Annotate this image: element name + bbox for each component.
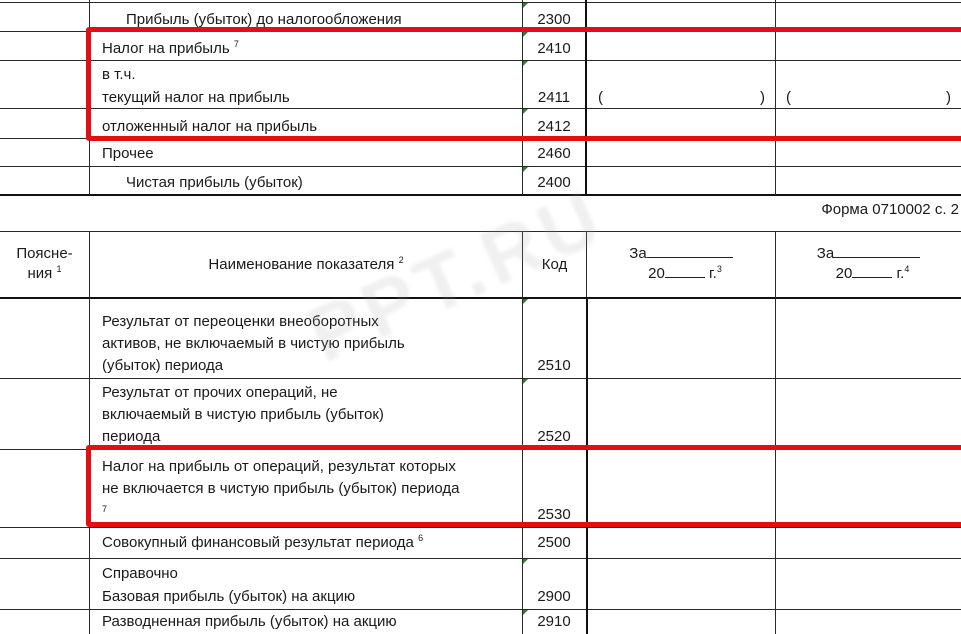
row-code: 2500 — [523, 532, 585, 554]
row-divider — [0, 609, 961, 610]
cell-marker-icon — [523, 3, 528, 8]
header-period-current: За 20 г.3 — [587, 244, 775, 284]
row-code: 2510 — [523, 355, 585, 377]
cell-marker-icon — [523, 379, 528, 384]
row-label: Прочее — [102, 143, 154, 165]
header-code: Код — [523, 255, 586, 275]
column-divider — [89, 231, 90, 634]
table-bottom-border — [0, 194, 961, 196]
row-divider — [0, 2, 961, 3]
header-period-previous: За 20 г.4 — [776, 244, 961, 284]
header-bottom-border — [0, 297, 961, 299]
row-code: 2910 — [523, 611, 585, 633]
cell-marker-icon — [523, 299, 528, 304]
row-label-line: Результат от прочих операций, не — [102, 382, 338, 404]
row-label-line: Справочно — [102, 563, 178, 585]
row-label-line: Базовая прибыль (убыток) на акцию — [102, 586, 355, 608]
row-label: Совокупный финансовый результат периода … — [102, 532, 423, 554]
column-divider — [775, 231, 776, 634]
row-divider — [0, 527, 961, 528]
header-indicator-name: Наименование показателя 2 — [90, 255, 522, 275]
form-number-label: Форма 0710002 с. 2 — [821, 199, 959, 221]
row-label: Чистая прибыль (убыток) — [126, 172, 303, 194]
row-label-line: активов, не включаемый в чистую прибыль — [102, 333, 405, 355]
highlight-box-income-tax — [86, 27, 961, 141]
cell-marker-icon — [523, 559, 528, 564]
row-divider — [0, 166, 961, 167]
row-divider — [0, 378, 961, 379]
row-label-line: включаемый в чистую прибыль (убыток) — [102, 404, 384, 426]
row-label-line: (убыток) периода — [102, 355, 223, 377]
row-code: 2900 — [523, 586, 585, 608]
highlight-box-tax-other-operations — [86, 445, 961, 527]
row-divider — [0, 558, 961, 559]
row-label: Разводненная прибыль (убыток) на акцию — [102, 611, 397, 633]
row-code: 2400 — [523, 172, 585, 194]
row-code: 2460 — [523, 143, 585, 165]
table-top-border — [0, 231, 961, 232]
header-notes: Поясне- ния 1 — [0, 244, 89, 284]
row-label-line: Результат от переоценки внеоборотных — [102, 311, 379, 333]
